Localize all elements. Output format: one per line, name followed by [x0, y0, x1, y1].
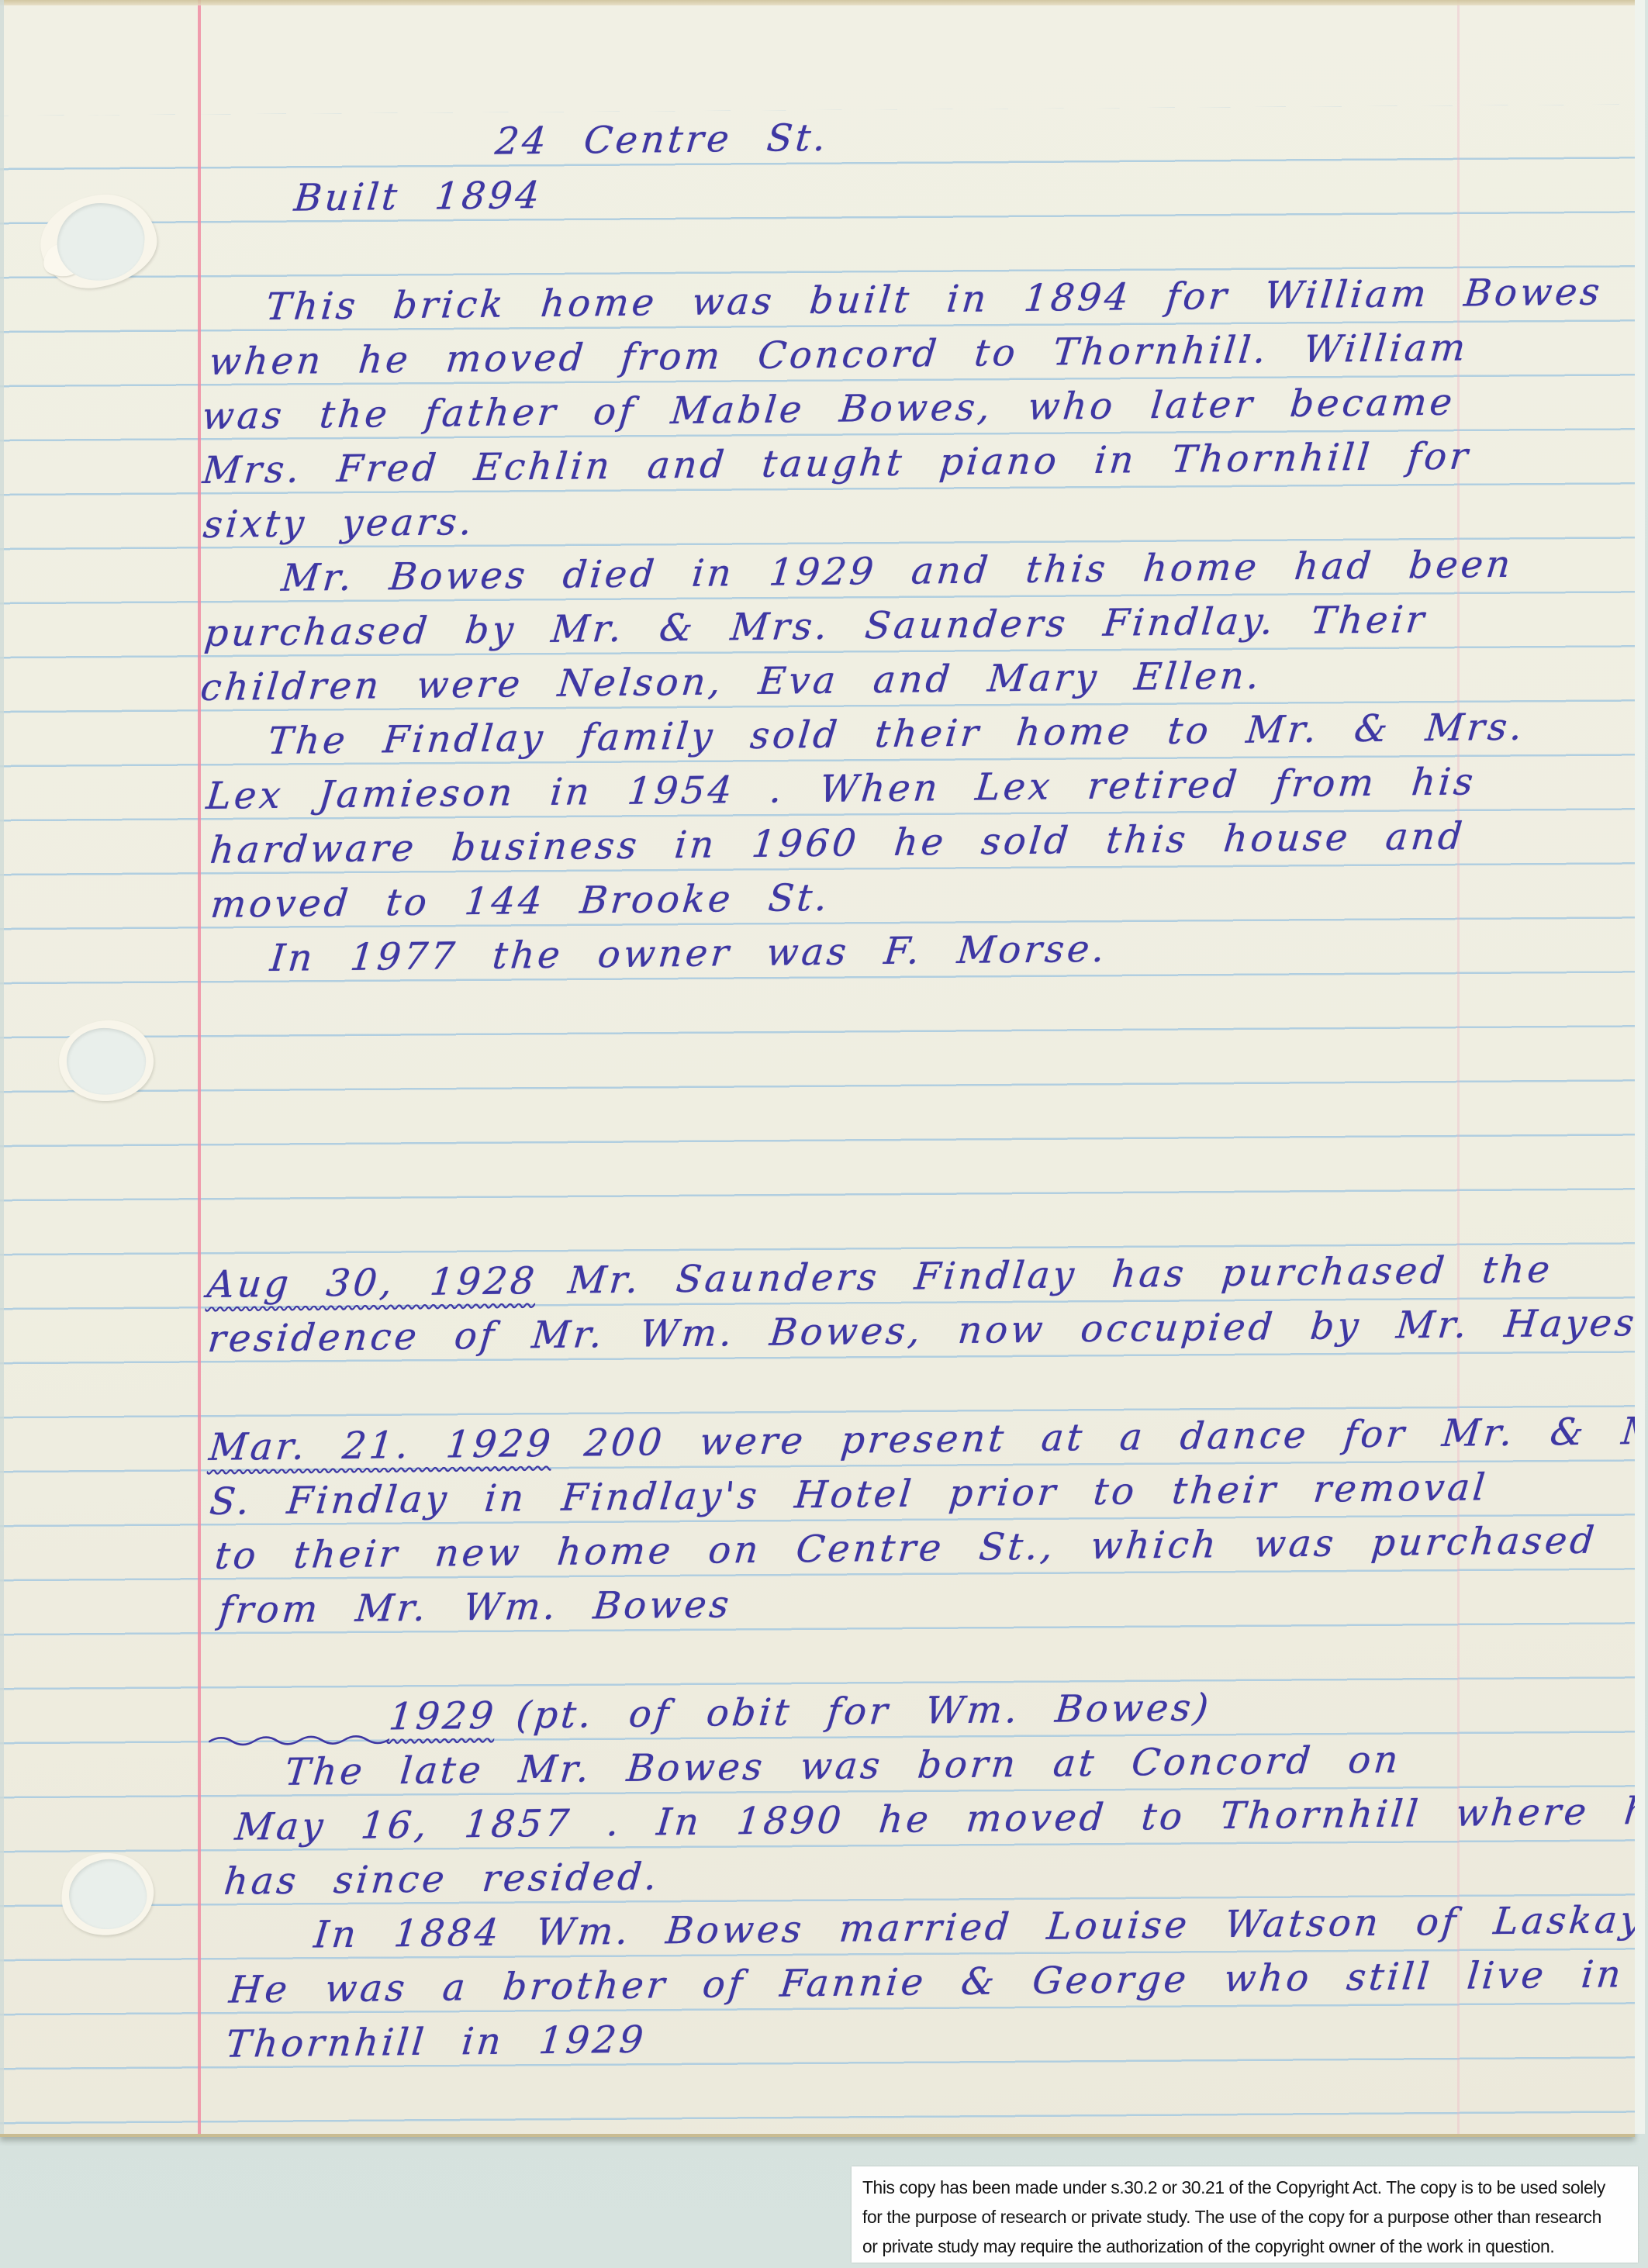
- notebook-page: 24 Centre St.Built 1894This brick home w…: [0, 0, 1635, 2134]
- handwritten-text: He was a brother of Fannie & George who …: [227, 1952, 1626, 2011]
- handwritten-text: residence of Mr. Wm. Bowes, now occupied…: [206, 1301, 1635, 1361]
- handwritten-line: The Findlay family sold their home to Mr…: [266, 709, 1526, 760]
- paper-right-edge: [1635, 0, 1645, 2134]
- handwritten-text: Built 1894: [292, 174, 544, 220]
- handwritten-line: has since resided.: [223, 1858, 662, 1900]
- handwritten-text: Mr. Saunders Findlay has purchased the: [566, 1248, 1554, 1302]
- handwritten-text: children were Nelson, Eva and Mary Ellen…: [199, 654, 1264, 709]
- handwritten-line: Lex Jamieson in 1954 . When Lex retired …: [205, 763, 1477, 815]
- handwritten-text: Mrs. Fred Echlin and taught piano in Tho…: [201, 434, 1473, 492]
- wavy-underline: [208, 1732, 389, 1747]
- handwritten-line: In 1977 the owner was F. Morse.: [268, 930, 1109, 977]
- handwritten-line: 1929(pt. of obit for Wm. Bowes): [211, 1689, 1214, 1738]
- handwritten-line: Mar. 21. 1929200 were present at a dance…: [208, 1412, 1635, 1466]
- handwritten-text: This brick home was built in 1894 for Wi…: [264, 270, 1605, 329]
- handwritten-text: S. Findlay in Findlay's Hotel prior to t…: [208, 1465, 1490, 1524]
- handwritten-line: Thornhill in 1929: [224, 2021, 648, 2063]
- handwritten-line: hardware business in 1960 he sold this h…: [209, 817, 1467, 868]
- handwritten-line: S. Findlay in Findlay's Hotel prior to t…: [208, 1469, 1489, 1521]
- handwriting-layer: 24 Centre St.Built 1894This brick home w…: [0, 0, 1635, 2134]
- handwritten-text: from Mr. Wm. Bowes: [217, 1583, 734, 1632]
- handwritten-line: May 16, 1857 . In 1890 he moved to Thorn…: [233, 1792, 1635, 1845]
- copyright-stamp-line: This copy has been made under s.30.2 or …: [862, 2173, 1615, 2202]
- entry-date: Mar. 21. 1929: [207, 1422, 555, 1469]
- handwritten-text: purchased by Mr. & Mrs. Saunders Findlay…: [202, 598, 1429, 655]
- handwritten-line: Built 1894: [292, 177, 544, 217]
- handwritten-line: to their new home on Centre St., which w…: [213, 1522, 1598, 1575]
- handwritten-line: moved to 144 Brooke St.: [209, 879, 832, 923]
- handwritten-text: 24 Centre St.: [493, 116, 831, 164]
- handwritten-text: (pt. of obit for Wm. Bowes): [514, 1686, 1213, 1737]
- handwritten-line: Aug 30, 1928Mr. Saunders Findlay has pur…: [206, 1251, 1554, 1303]
- handwritten-text: hardware business in 1960 he sold this h…: [208, 814, 1467, 872]
- handwritten-line: residence of Mr. Wm. Bowes, now occupied…: [206, 1304, 1635, 1358]
- handwritten-text: has since resided.: [223, 1855, 662, 1903]
- copyright-stamp: This copy has been made under s.30.2 or …: [852, 2166, 1638, 2263]
- handwritten-text: Lex Jamieson in 1954 . When Lex retired …: [205, 760, 1478, 818]
- handwritten-text: Thornhill in 1929: [224, 2018, 648, 2066]
- handwritten-text: 200 were present at a dance for Mr. & Mr…: [582, 1409, 1635, 1465]
- handwritten-text: sixty years.: [202, 500, 477, 547]
- handwritten-line: was the father of Mable Bowes, who later…: [200, 384, 1456, 435]
- handwritten-line: He was a brother of Fannie & George who …: [228, 1956, 1626, 2008]
- handwritten-line: when he moved from Concord to Thornhill.…: [208, 329, 1470, 380]
- handwritten-line: Mrs. Fred Echlin and taught piano in Tho…: [201, 437, 1472, 489]
- handwritten-text: moved to 144 Brooke St.: [209, 876, 832, 927]
- handwritten-text: The late Mr. Bowes was born at Concord o…: [283, 1738, 1403, 1793]
- handwritten-line: purchased by Mr. & Mrs. Saunders Findlay…: [203, 601, 1429, 652]
- handwritten-text: May 16, 1857 . In 1890 he moved to Thorn…: [233, 1789, 1635, 1849]
- handwritten-line: Mr. Bowes died in 1929 and this home had…: [280, 546, 1515, 597]
- handwritten-line: sixty years.: [202, 503, 476, 544]
- entry-date: 1929: [387, 1694, 498, 1739]
- entry-date: Aug 30, 1928: [206, 1259, 540, 1307]
- handwritten-text: In 1977 the owner was F. Morse.: [268, 927, 1109, 980]
- handwritten-line: from Mr. Wm. Bowes: [217, 1586, 734, 1629]
- handwritten-line: 24 Centre St.: [493, 119, 830, 161]
- handwritten-line: In 1884 Wm. Bowes married Louise Watson …: [313, 1901, 1635, 1954]
- copyright-stamp-line: for the purpose of research or private s…: [862, 2202, 1615, 2232]
- handwritten-text: Mr. Bowes died in 1929 and this home had…: [279, 543, 1515, 600]
- copyright-stamp-line: or private study may require the authori…: [862, 2232, 1615, 2261]
- handwritten-line: children were Nelson, Eva and Mary Ellen…: [199, 657, 1263, 706]
- handwritten-text: was the father of Mable Bowes, who later…: [200, 381, 1457, 438]
- handwritten-line: This brick home was built in 1894 for Wi…: [264, 273, 1605, 326]
- handwritten-text: The Findlay family sold their home to Mr…: [266, 706, 1527, 763]
- handwritten-text: In 1884 Wm. Bowes married Louise Watson …: [312, 1898, 1635, 1957]
- handwritten-text: when he moved from Concord to Thornhill.…: [207, 326, 1470, 383]
- handwritten-line: The late Mr. Bowes was born at Concord o…: [283, 1741, 1402, 1790]
- handwritten-text: to their new home on Centre St., which w…: [213, 1519, 1599, 1578]
